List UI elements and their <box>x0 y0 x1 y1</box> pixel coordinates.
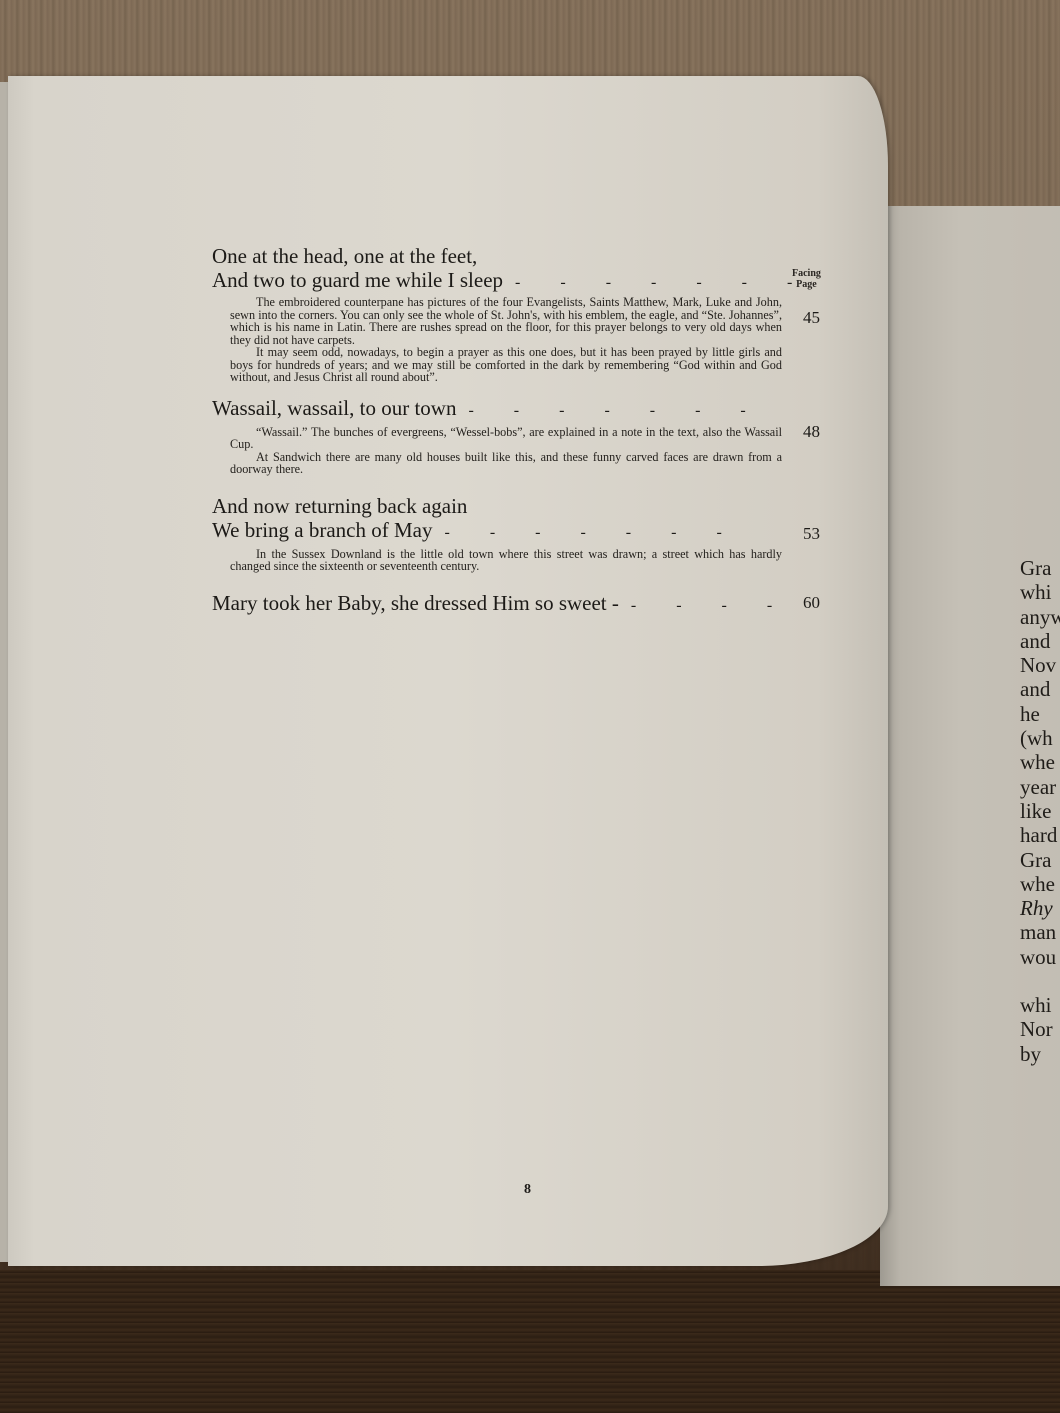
note-paragraph: “Wassail.” The bunches of evergreens, “W… <box>230 426 782 451</box>
page-number: 48 <box>790 422 820 442</box>
leader-dashes: - - - - - - - <box>432 524 812 542</box>
page-number: 45 <box>790 308 820 328</box>
table-surface <box>0 1270 1060 1413</box>
text-line: (wh <box>1020 726 1060 750</box>
text-line: anyw <box>1020 605 1060 629</box>
entry-note: The embroidered counterpane has pictures… <box>230 296 782 384</box>
entry-title-row: Mary took her Baby, she dressed Him so s… <box>212 591 812 615</box>
toc-entry: One at the head, one at the feet, And tw… <box>212 244 812 384</box>
text-line: wou <box>1020 945 1060 969</box>
text-line: he <box>1020 702 1060 726</box>
text-line: whe <box>1020 872 1060 896</box>
text-line: Rhy <box>1020 896 1060 920</box>
entry-title: One at the head, one at the feet, <box>212 244 812 268</box>
entry-title: And now returning back again <box>212 494 812 518</box>
right-page-text: Gra whi anyw and Nov and he (wh whe year… <box>1020 556 1060 1066</box>
entry-note: In the Sussex Downland is the little old… <box>230 548 782 573</box>
paragraph-gap <box>1020 969 1060 993</box>
entry-title: We bring a branch of May <box>212 518 432 542</box>
text-line: year <box>1020 775 1060 799</box>
entry-title-row: Wassail, wassail, to our town - - - - - … <box>212 396 812 420</box>
text-line: Nor <box>1020 1017 1060 1041</box>
text-line: whi <box>1020 580 1060 604</box>
entry-title-row: We bring a branch of May - - - - - - - <box>212 518 812 542</box>
text-line: whe <box>1020 750 1060 774</box>
right-page: Gra whi anyw and Nov and he (wh whe year… <box>880 206 1060 1286</box>
note-paragraph: In the Sussex Downland is the little old… <box>230 548 782 573</box>
entry-title: Mary took her Baby, she dressed Him so s… <box>212 591 619 615</box>
text-line: by <box>1020 1042 1060 1066</box>
text-line: man <box>1020 920 1060 944</box>
page-number: 53 <box>790 524 820 544</box>
note-paragraph: It may seem odd, nowadays, to begin a pr… <box>230 346 782 384</box>
entry-title-row: And two to guard me while I sleep - - - … <box>212 268 812 292</box>
leader-dashes: - - - - <box>619 597 812 615</box>
page-number: 60 <box>790 593 820 613</box>
note-paragraph: The embroidered counterpane has pictures… <box>230 296 782 346</box>
text-line: like <box>1020 799 1060 823</box>
text-line: Nov <box>1020 653 1060 677</box>
note-paragraph: At Sandwich there are many old houses bu… <box>230 451 782 476</box>
entry-title: Wassail, wassail, to our town <box>212 396 456 420</box>
page-number-footer: 8 <box>524 1182 531 1198</box>
list-of-illustrations: Facing Page One at the head, one at the … <box>212 244 812 615</box>
text-line: Gra <box>1020 556 1060 580</box>
text-line: and <box>1020 677 1060 701</box>
entry-note: “Wassail.” The bunches of evergreens, “W… <box>230 426 782 476</box>
text-line: and <box>1020 629 1060 653</box>
toc-entry: Wassail, wassail, to our town - - - - - … <box>212 396 812 476</box>
toc-entry: And now returning back again We bring a … <box>212 494 812 573</box>
page-stack-edge <box>0 82 8 1262</box>
toc-entry: Mary took her Baby, she dressed Him so s… <box>212 591 812 615</box>
leader-dashes: - - - - - - - <box>456 402 812 420</box>
leader-dashes: - - - - - - - <box>503 274 812 292</box>
text-line: Gra <box>1020 848 1060 872</box>
text-line: hard <box>1020 823 1060 847</box>
text-line: whi <box>1020 993 1060 1017</box>
entry-title: And two to guard me while I sleep <box>212 268 503 292</box>
